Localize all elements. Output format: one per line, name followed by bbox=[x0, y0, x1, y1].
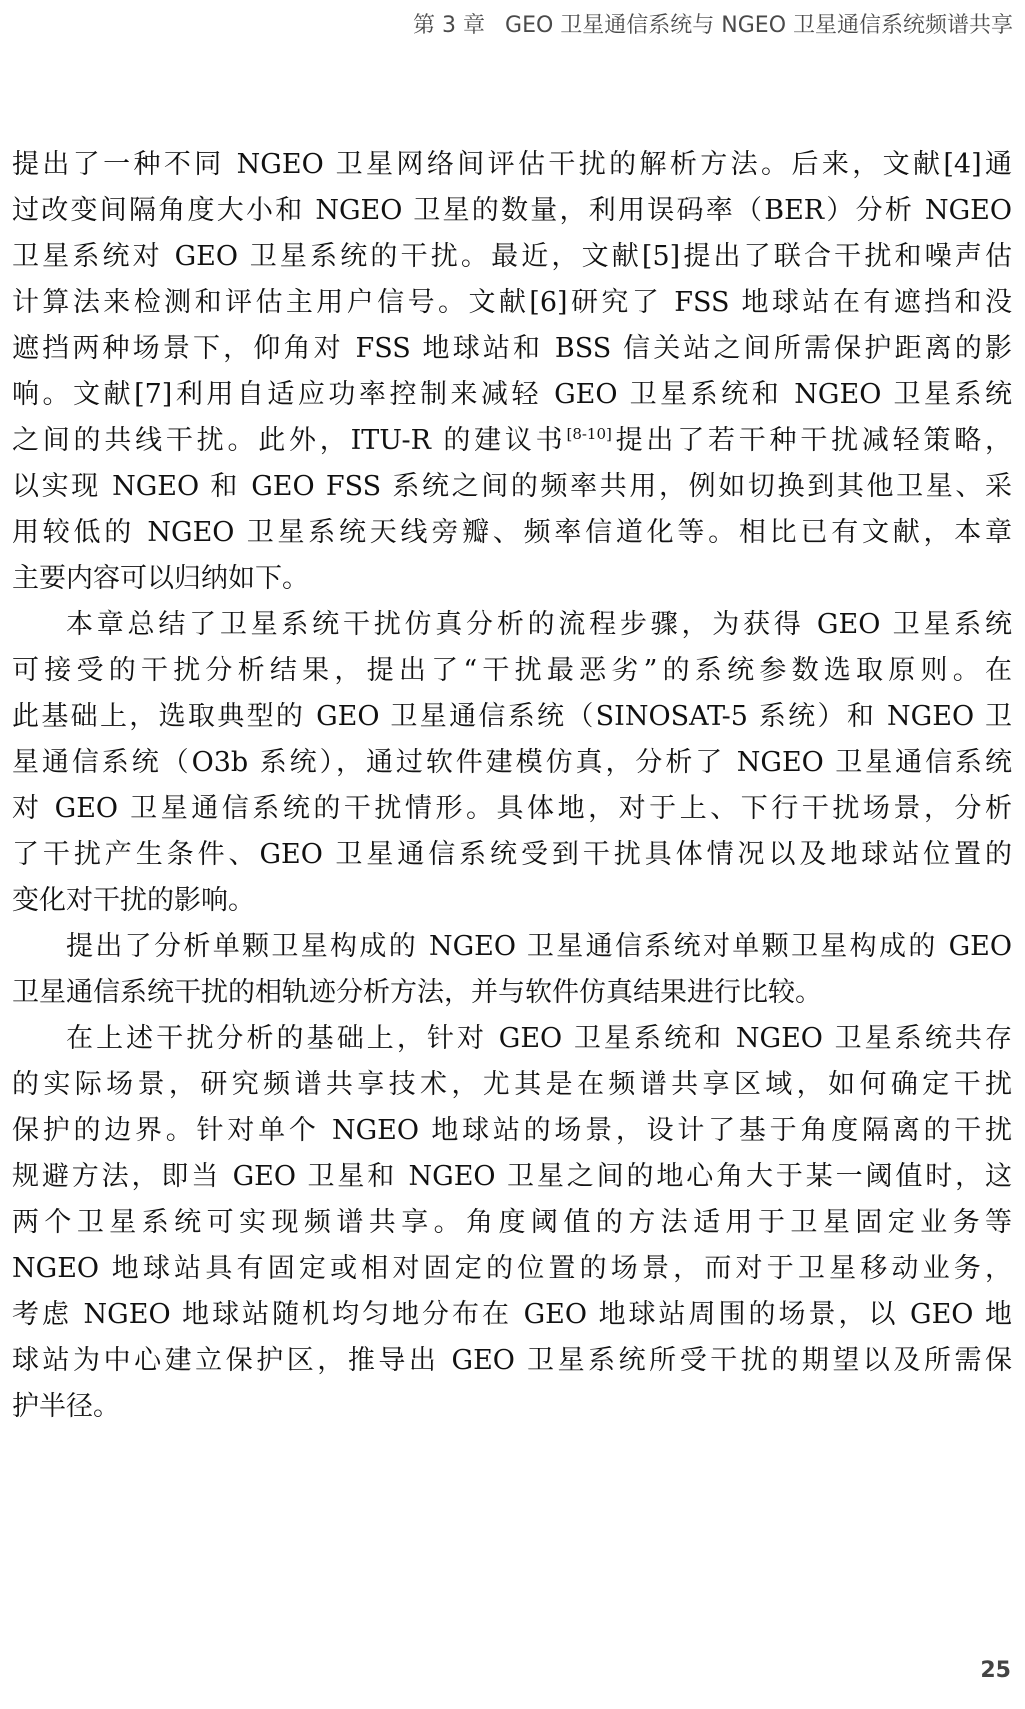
text-line: 提出了分析单颗卫星构成的 NGEO 卫星通信系统对单颗卫星构成的 GEO bbox=[12, 924, 1012, 970]
running-header: 第 3 章GEO 卫星通信系统与 NGEO 卫星通信系统频谱共享 bbox=[413, 8, 1013, 39]
text-line: 考虑 NGEO 地球站随机均匀地分布在 GEO 地球站周围的场景，以 GEO 地 bbox=[12, 1292, 1012, 1338]
text-line: 以实现 NGEO 和 GEO FSS 系统之间的频率共用，例如切换到其他卫星、采 bbox=[12, 464, 1012, 510]
paragraph-4: 在上述干扰分析的基础上，针对 GEO 卫星系统和 NGEO 卫星系统共存 的实际… bbox=[12, 1016, 1012, 1430]
paragraph-3: 提出了分析单颗卫星构成的 NGEO 卫星通信系统对单颗卫星构成的 GEO 卫星通… bbox=[12, 924, 1012, 1016]
page-number: 25 bbox=[980, 1658, 1011, 1683]
citation-superscript: [8-10] bbox=[566, 425, 611, 443]
text-line: 护半径。 bbox=[12, 1384, 1012, 1430]
text-line: 提出了一种不同 NGEO 卫星网络间评估干扰的解析方法。后来，文献[4]通 bbox=[12, 142, 1012, 188]
text-segment: 提出了若干种干扰减轻策略， bbox=[612, 425, 1012, 456]
text-line: 了干扰产生条件、GEO 卫星通信系统受到干扰具体情况以及地球站位置的 bbox=[12, 832, 1012, 878]
text-line: 计算法来检测和评估主用户信号。文献[6]研究了 FSS 地球站在有遮挡和没 bbox=[12, 280, 1012, 326]
text-line: 卫星通信系统干扰的相轨迹分析方法，并与软件仿真结果进行比较。 bbox=[12, 970, 1012, 1016]
text-line: 在上述干扰分析的基础上，针对 GEO 卫星系统和 NGEO 卫星系统共存 bbox=[12, 1016, 1012, 1062]
text-line: 本章总结了卫星系统干扰仿真分析的流程步骤，为获得 GEO 卫星系统 bbox=[12, 602, 1012, 648]
chapter-number: 第 3 章 bbox=[413, 13, 485, 38]
chapter-title: GEO 卫星通信系统与 NGEO 卫星通信系统频谱共享 bbox=[505, 13, 1013, 38]
text-line: 对 GEO 卫星通信系统的干扰情形。具体地，对于上、下行干扰场景，分析 bbox=[12, 786, 1012, 832]
text-line: 用较低的 NGEO 卫星系统天线旁瓣、频率信道化等。相比已有文献，本章 bbox=[12, 510, 1012, 556]
text-line: 卫星系统对 GEO 卫星系统的干扰。最近，文献[5]提出了联合干扰和噪声估 bbox=[12, 234, 1012, 280]
text-line: 规避方法，即当 GEO 卫星和 NGEO 卫星之间的地心角大于某一阈值时，这 bbox=[12, 1154, 1012, 1200]
body-text: 提出了一种不同 NGEO 卫星网络间评估干扰的解析方法。后来，文献[4]通 过改… bbox=[12, 142, 1012, 1430]
text-segment: 之间的共线干扰。此外，ITU-R 的建议书 bbox=[12, 425, 566, 456]
text-line: 可接受的干扰分析结果，提出了“干扰最恶劣”的系统参数选取原则。在 bbox=[12, 648, 1012, 694]
text-line: 星通信系统（O3b 系统），通过软件建模仿真，分析了 NGEO 卫星通信系统 bbox=[12, 740, 1012, 786]
text-line: 变化对干扰的影响。 bbox=[12, 878, 1012, 924]
text-line: NGEO 地球站具有固定或相对固定的位置的场景，而对于卫星移动业务， bbox=[12, 1246, 1012, 1292]
text-line: 主要内容可以归纳如下。 bbox=[12, 556, 1012, 602]
text-line: 两个卫星系统可实现频谱共享。角度阈值的方法适用于卫星固定业务等 bbox=[12, 1200, 1012, 1246]
text-line: 响。文献[7]利用自适应功率控制来减轻 GEO 卫星系统和 NGEO 卫星系统 bbox=[12, 372, 1012, 418]
text-line: 过改变间隔角度大小和 NGEO 卫星的数量，利用误码率（BER）分析 NGEO bbox=[12, 188, 1012, 234]
text-line: 遮挡两种场景下，仰角对 FSS 地球站和 BSS 信关站之间所需保护距离的影 bbox=[12, 326, 1012, 372]
text-line: 此基础上，选取典型的 GEO 卫星通信系统（SINOSAT-5 系统）和 NGE… bbox=[12, 694, 1012, 740]
paragraph-1: 提出了一种不同 NGEO 卫星网络间评估干扰的解析方法。后来，文献[4]通 过改… bbox=[12, 142, 1012, 602]
text-line: 球站为中心建立保护区，推导出 GEO 卫星系统所受干扰的期望以及所需保 bbox=[12, 1338, 1012, 1384]
text-line-with-citation: 之间的共线干扰。此外，ITU-R 的建议书[8-10]提出了若干种干扰减轻策略， bbox=[12, 418, 1012, 464]
text-line: 保护的边界。针对单个 NGEO 地球站的场景，设计了基于角度隔离的干扰 bbox=[12, 1108, 1012, 1154]
text-line: 的实际场景，研究频谱共享技术，尤其是在频谱共享区域，如何确定干扰 bbox=[12, 1062, 1012, 1108]
paragraph-2: 本章总结了卫星系统干扰仿真分析的流程步骤，为获得 GEO 卫星系统 可接受的干扰… bbox=[12, 602, 1012, 924]
